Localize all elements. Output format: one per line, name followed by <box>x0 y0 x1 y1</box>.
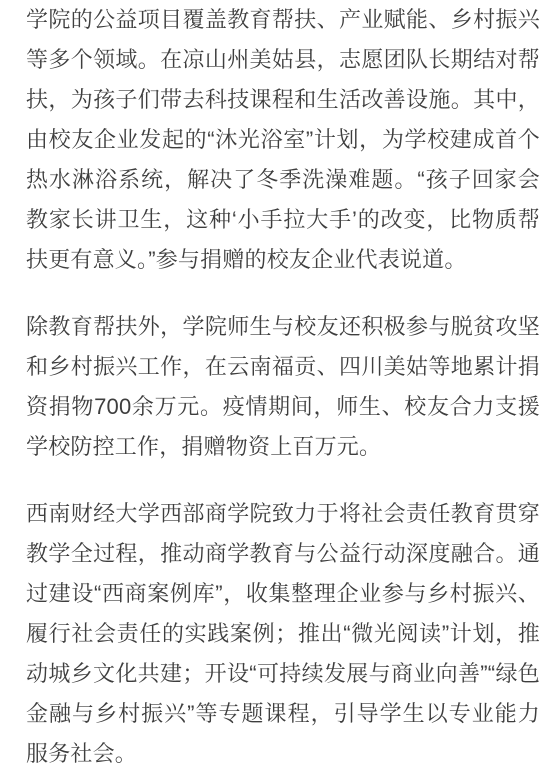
article-paragraph-1: 学院的公益项目覆盖教育帮扶、产业赋能、乡村振兴等多个领域。在凉山州美姑县，志愿团… <box>26 0 540 280</box>
article-paragraph-2: 除教育帮扶外，学院师生与校友还积极参与脱贫攻坚和乡村振兴工作，在云南福贡、四川美… <box>26 307 540 467</box>
article-body: 学院的公益项目覆盖教育帮扶、产业赋能、乡村振兴等多个领域。在凉山州美姑县，志愿团… <box>0 0 548 774</box>
article-paragraph-3: 西南财经大学西部商学院致力于将社会责任教育贯穿教学全过程，推动商学教育与公益行动… <box>26 494 540 774</box>
